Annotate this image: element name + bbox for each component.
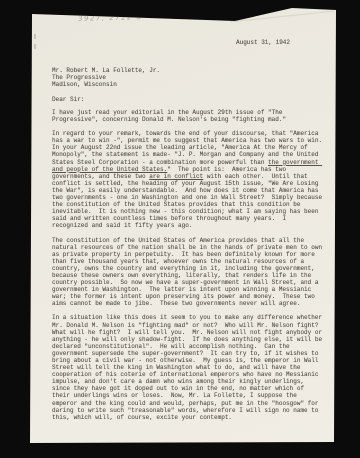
paragraph-text: I have just read your editorial in the A… [52, 109, 286, 123]
scan-background: 3927, 2722 a August 31, 1942 Mr. Robert … [0, 0, 360, 458]
letter-body: I have just read your editorial in the A… [52, 109, 325, 428]
letter-paragraph: The constitution of the United States of… [52, 237, 325, 308]
letter-date: August 31, 1942 [236, 39, 290, 46]
underlined-text: are in conflict [149, 173, 203, 180]
pencil-note: 3927, 2722 a [78, 13, 143, 23]
edge-mark [34, 44, 36, 49]
recipient-line: The Progressive [52, 74, 160, 81]
letter-paragraph: I have just read your editorial in the A… [52, 109, 325, 123]
recipient-line: Mr. Robert M. La Follette, Jr. [52, 67, 160, 74]
letter-page: 3927, 2722 a August 31, 1942 Mr. Robert … [30, 6, 337, 443]
paragraph-text: with each other. Until that conflict is … [52, 173, 326, 230]
salutation: Dear Sir: [52, 96, 84, 103]
paragraph-text: In a situation like this does it seem to… [52, 314, 326, 420]
recipient-line: Madison, Wisconsin [52, 81, 160, 88]
edge-mark [34, 34, 36, 39]
recipient-address: Mr. Robert M. La Follette, Jr.The Progre… [52, 67, 160, 88]
letter-paragraph: In a situation like this does it seem to… [52, 314, 325, 420]
letter-paragraph: In regard to your remark, towards the en… [52, 130, 325, 229]
paper-fold-crease [230, 11, 335, 23]
paragraph-text: The constitution of the United States of… [52, 237, 326, 308]
